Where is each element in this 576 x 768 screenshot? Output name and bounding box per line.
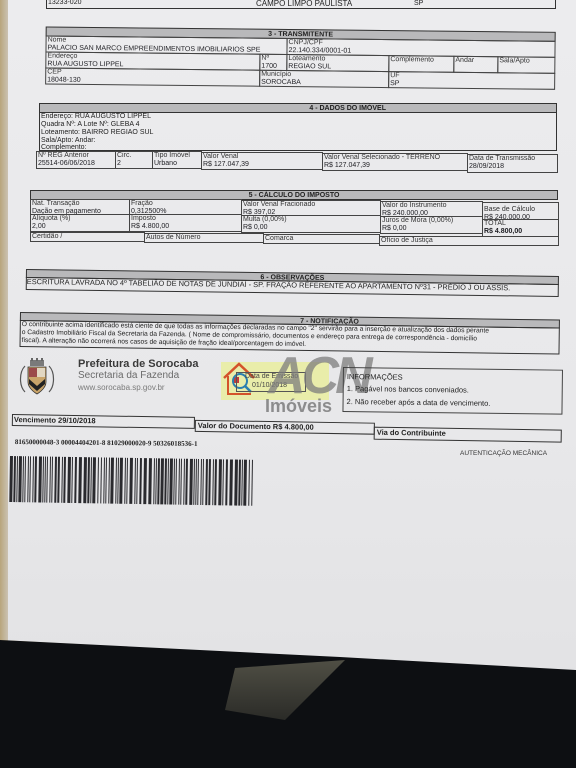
- field-uf: UF SP: [388, 71, 555, 90]
- prev-municipio: CAMPO LIMPO PAULISTA: [256, 0, 352, 8]
- field-multa: Multa (0,00%) R$ 0,00: [241, 215, 381, 233]
- field-base-calculo: Base de Cálculo R$ 240.000,00: [482, 202, 559, 220]
- field-aliquota: Alíquota (%) 2,00: [30, 214, 130, 232]
- informacoes-item-2: 2. Não receber após a data de vencimento…: [347, 398, 491, 408]
- sorocaba-coat-of-arms-icon: [17, 356, 57, 398]
- field-comarca: Comarca: [263, 234, 380, 244]
- field-numero: Nº 1700: [259, 54, 287, 71]
- informacoes-box: INFORMAÇÕES 1. Pagável nos bancos conven…: [342, 367, 563, 415]
- imovel-line-quadra: Quadra Nº: A Lote Nº: GLEBA 4: [41, 121, 140, 129]
- field-circ: Circ. 2: [115, 151, 153, 169]
- field-sala: Sala/Apto: [497, 56, 555, 74]
- imovel-line-endereco: Endereço: RUA AUGUSTO LIPPEL: [41, 113, 151, 121]
- informacoes-item-1: 1. Pagável nos bancos conveniados.: [347, 385, 469, 394]
- field-cep: CEP 18048-130: [45, 67, 260, 86]
- prev-uf: SP: [414, 0, 423, 8]
- field-data-transmissao: Data de Transmissão 28/09/2018: [467, 154, 558, 173]
- field-certidao: Certidão /: [30, 232, 145, 242]
- field-total: TOTAL R$ 4.800,00: [482, 219, 559, 237]
- field-tipo-imovel: Tipo Imóvel Urbano: [152, 151, 202, 169]
- field-valor-venal-fracionado: Valor Venal Fracionado R$ 397,02: [241, 200, 381, 216]
- field-imposto: Imposto R$ 4.800,00: [129, 214, 242, 232]
- vencimento: Vencimento 29/10/2018: [14, 416, 96, 425]
- field-valor-venal: Valor Venal R$ 127.047,39: [201, 152, 323, 170]
- field-autos-numero: Autos de Número: [144, 233, 264, 243]
- field-juros-mora: Juros de Mora (0,00%) R$ 0,00: [380, 216, 483, 234]
- issuer-website: www.sorocaba.sp.gov.br: [78, 384, 165, 392]
- field-nat-transacao: Nat. Transação Dação em pagamento: [30, 199, 130, 215]
- via-contribuinte: Via do Contribuinte: [377, 429, 446, 438]
- issuer-dept: Secretaria da Fazenda: [78, 372, 179, 380]
- imovel-line-loteamento: Loteamento: BAIRRO REGIAO SUL: [41, 129, 153, 137]
- informacoes-title: INFORMAÇÕES: [347, 373, 403, 382]
- field-andar: Andar: [453, 56, 498, 73]
- watermark-sub: Imóveis: [265, 397, 332, 415]
- field-municipio: Município SOROCABA: [259, 70, 389, 88]
- field-oficio-justica: Ofício de Justiça: [379, 236, 559, 246]
- issuer-name: Prefeitura de Sorocaba: [78, 360, 198, 368]
- field-fracao: Fração 0,312500%: [129, 199, 242, 215]
- field-complemento: Complemento: [388, 55, 454, 73]
- autenticacao-mecanica: AUTENTICAÇÃO MECÂNICA: [460, 450, 547, 458]
- payment-barcode[interactable]: [9, 456, 255, 506]
- field-reg-anterior: Nº REG Anterior 25514-06/06/2018: [36, 151, 116, 169]
- field-valor-venal-selecionado: Valor Venal Selecionado - TERRENO R$ 127…: [322, 153, 468, 171]
- prev-cep: 13233-020: [48, 0, 81, 7]
- field-valor-instrumento: Valor do Instrumento R$ 240.000,00: [380, 201, 483, 217]
